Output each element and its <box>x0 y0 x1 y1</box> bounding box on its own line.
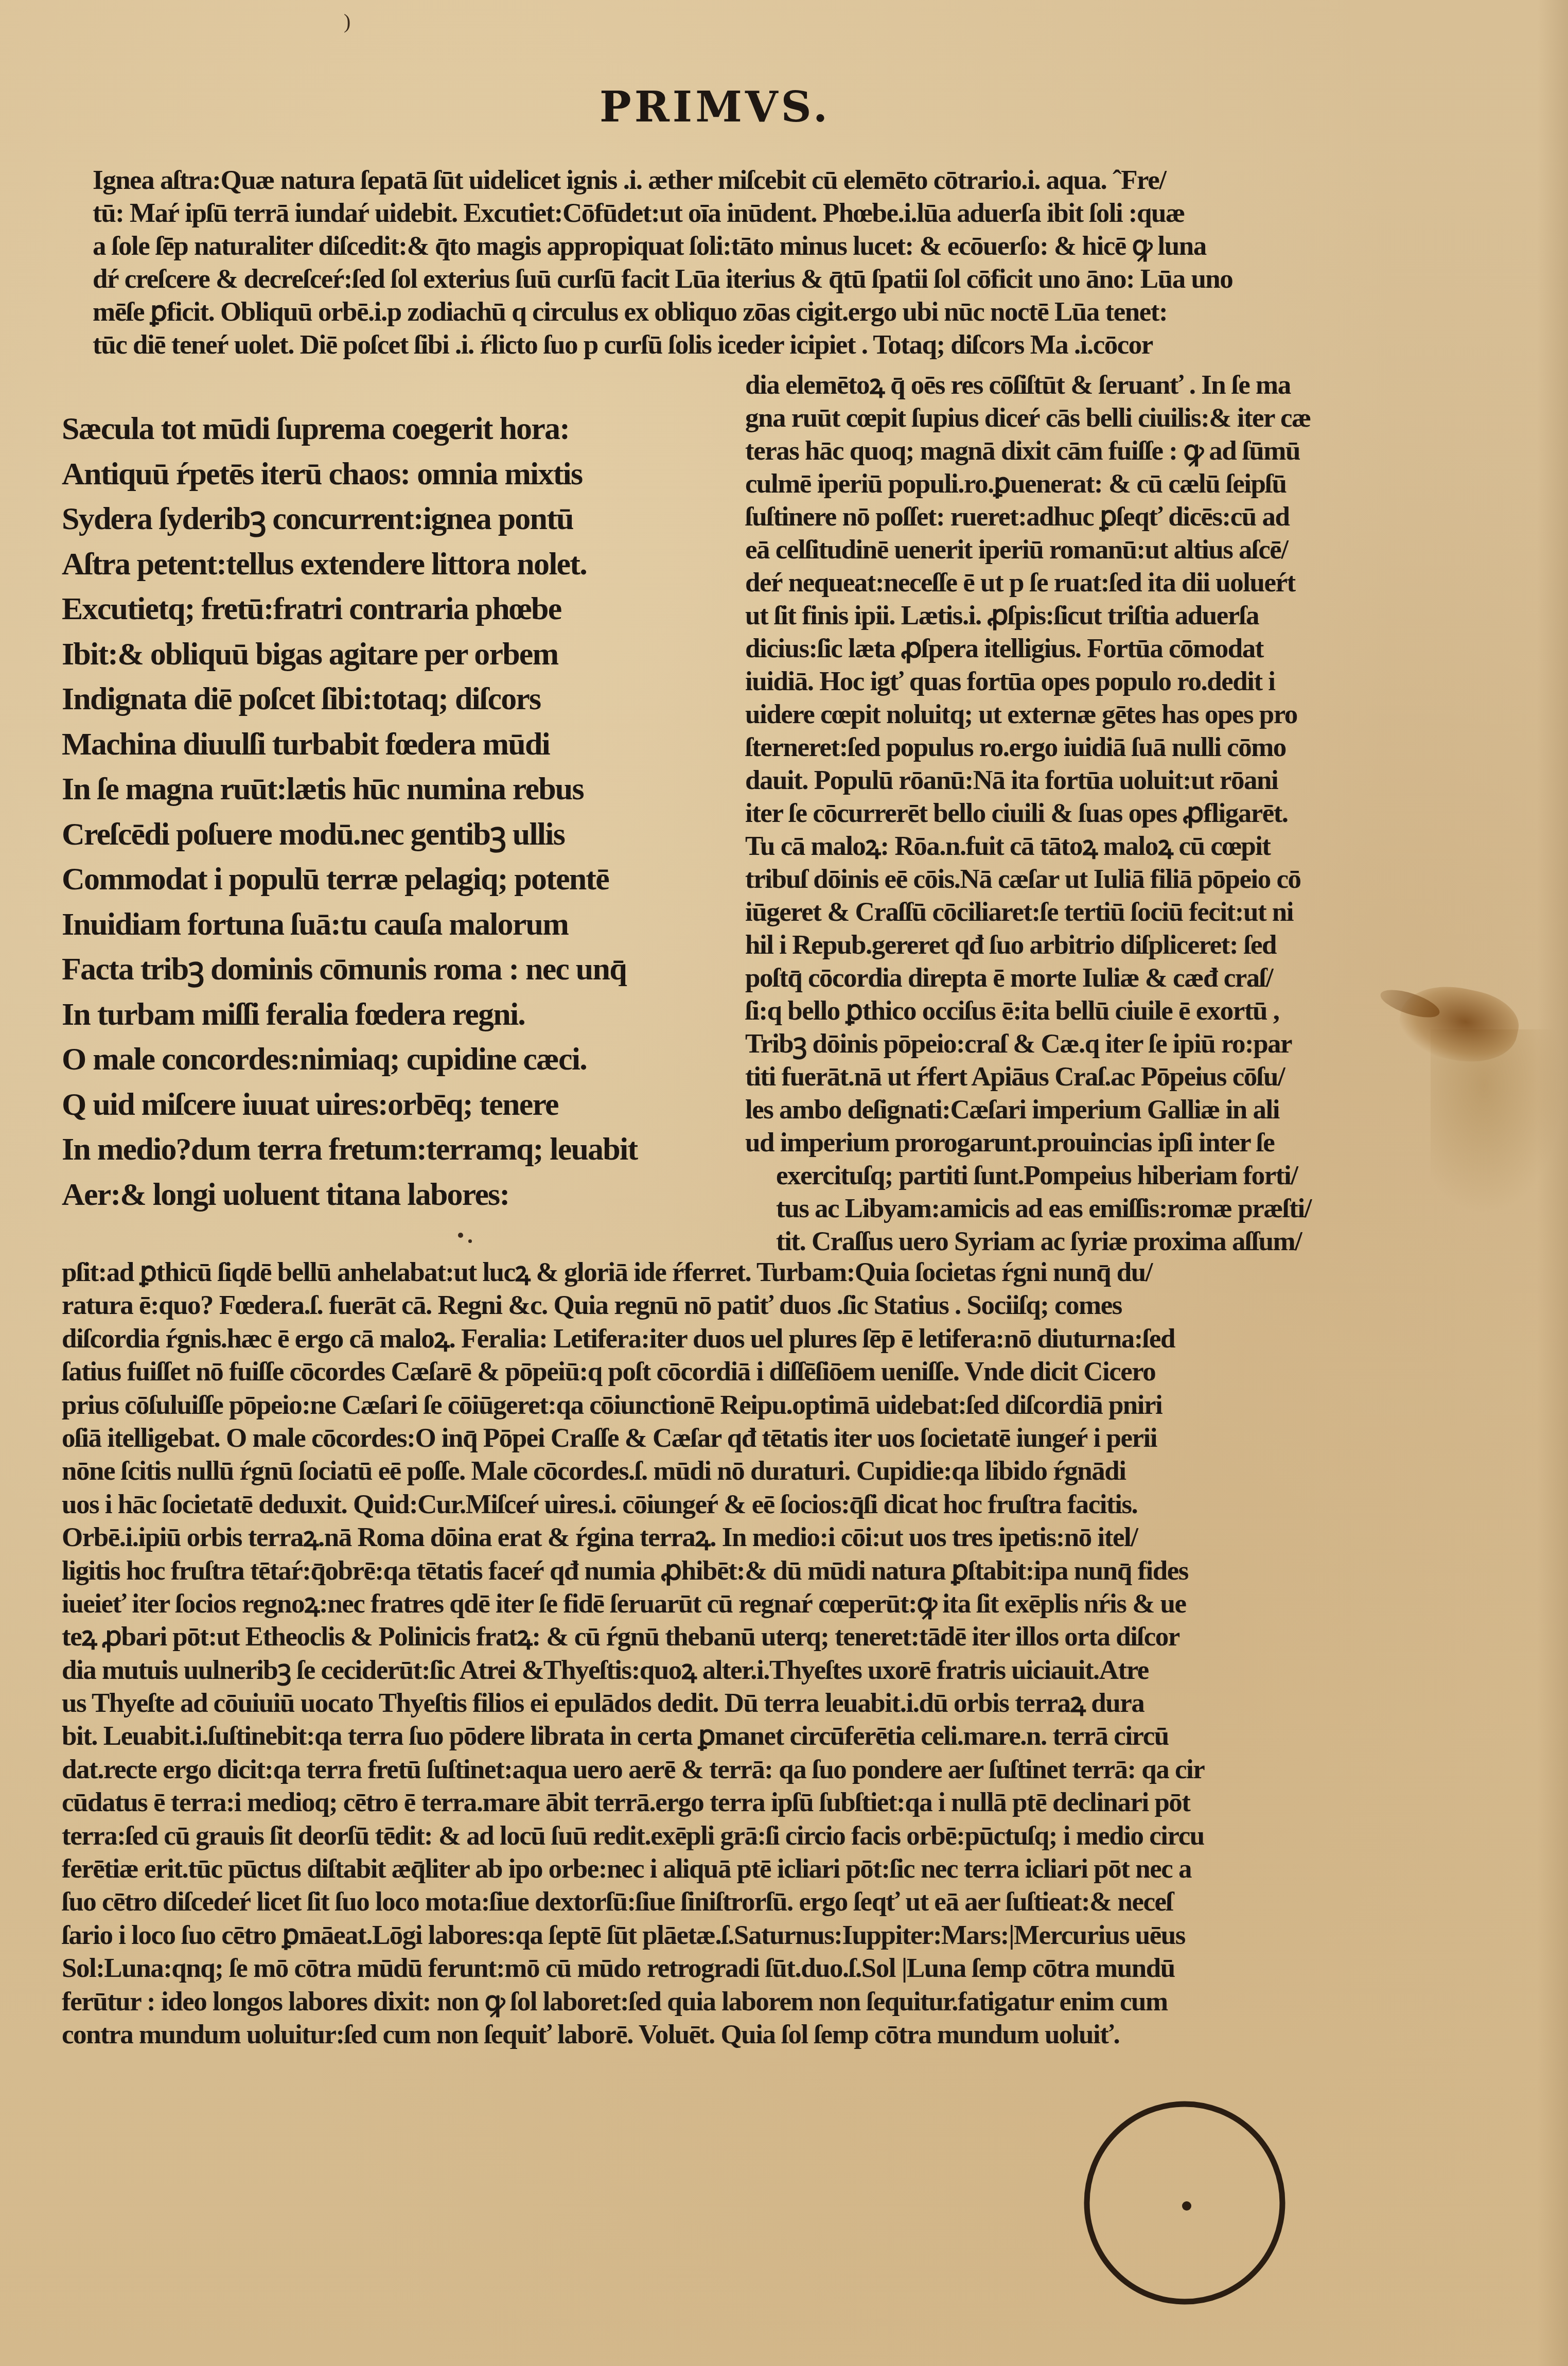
commentary-line: ligitis hoc fruſtra tētaŕ:q̄obrē:qa tēta… <box>62 1554 1204 1587</box>
verse-line: Excutietq; fretū:fratri contraria phœbe <box>62 587 637 632</box>
verse-line: Commodat i populū terræ pelagiq; potentē <box>62 857 637 902</box>
side-commentary: dia elemētoꝝ q̄ oēs res cōſiſtūt & ſerua… <box>745 369 1311 1258</box>
commentary-line: ſatius fuiſſet nō fuiſſe cōcordes Cæſarē… <box>62 1355 1204 1388</box>
commentary-line: titi fuerāt.nā ut ŕfert Apiāus Craſ.ac P… <box>745 1060 1311 1093</box>
commentary-line: Orbē.i.ipiū orbis terraꝝ.nā Roma dōina e… <box>62 1521 1204 1554</box>
commentary-line: eā celſitudinē uenerit iperiū romanū:ut … <box>745 533 1311 566</box>
verse-line: Ibit:& obliquū bigas agitare per orbem <box>62 632 637 677</box>
commentary-line: diſcordia ŕgnis.hæc ē ergo cā maloꝝ. Fer… <box>62 1322 1204 1355</box>
commentary-line: Tu cā maloꝝ: Rōa.n.fuit cā tātoꝝ maloꝝ c… <box>745 830 1311 863</box>
center-point-icon <box>1182 2201 1191 2211</box>
commentary-line: deŕ nequeat:neceſſe ē ut p ſe ruat:ſed i… <box>745 566 1311 599</box>
bottom-commentary: pſit:ad ꝑthicū ſiqdē bellū anhelabat:ut … <box>62 1256 1204 2051</box>
verse-line: O male concordes:nimiaq; cupidine cæci. <box>62 1037 637 1082</box>
commentary-line: terra:ſed cū grauis ſit deorſū tēdit: & … <box>62 1819 1204 1852</box>
commentary-line: dia mutuis uulneribꝫ ſe ceciderūt:ſic At… <box>62 1654 1204 1687</box>
commentary-line: tus ac Libyam:amicis ad eas emiſſis:romæ… <box>745 1192 1311 1225</box>
commentary-line: mēſe ꝑficit. Obliquū orbē.i.p zodiachū q… <box>93 295 1410 328</box>
verse-line: Sydera ſyderibꝫ concurrent:ignea pontū <box>62 497 637 542</box>
commentary-line: tū: Maŕ ipſū terrā iundaŕ uidebit. Excut… <box>93 197 1410 230</box>
circle-diagram <box>1076 2094 1292 2310</box>
commentary-line: dicius:ſic læta ꝓſpera itelligius. Fortū… <box>745 632 1311 665</box>
commentary-line: cūdatus ē terra:i medioq; cētro ē terra.… <box>62 1786 1204 1819</box>
commentary-line: ſi:q bello ꝑthico occiſus ē:ita bellū ci… <box>745 994 1311 1027</box>
verse-line: Q uid miſcere iuuat uires:orbēq; tenere <box>62 1082 637 1128</box>
commentary-line: dŕ creſcere & decreſceŕ:ſed ſol exterius… <box>93 262 1410 295</box>
commentary-line: ratura ē:quo? Fœdera.ſ. fuerāt cā. Regni… <box>62 1289 1204 1322</box>
commentary-line: Tribꝫ dōinis pōpeio:craſ & Cæ.q iter ſe … <box>745 1027 1311 1060</box>
commentary-line: oſiā itelligebat. O male cōcordes:O inq̄… <box>62 1422 1204 1454</box>
verse-line: Indignata diē poſcet ſibi:totaq; diſcors <box>62 677 637 722</box>
commentary-line: culmē iperiū populi.ro.ꝑuenerat: & cū cæ… <box>745 467 1311 500</box>
commentary-line: tribuſ dōinis eē cōis.Nā cæſar ut Iuliā … <box>745 863 1311 896</box>
top-commentary: Ignea aſtra:Quæ natura ſepatā ſūt uideli… <box>93 164 1410 361</box>
verse-line: In ſe magna ruūt:lætis hūc numina rebus <box>62 767 637 812</box>
commentary-line: dauit. Populū rōanū:Nā ita fortūa uoluit… <box>745 764 1311 797</box>
commentary-line: Ignea aſtra:Quæ natura ſepatā ſūt uideli… <box>93 164 1410 197</box>
commentary-line: uidere cœpit noluitq; ut externæ gētes h… <box>745 698 1311 731</box>
verse-line: Aſtra petent:tellus extendere littora no… <box>62 542 637 587</box>
verse-line: Sæcula tot mūdi ſuprema coegerit hora: <box>62 407 637 452</box>
commentary-line: iueieť iter ſocios regnoꝝ:nec fratres qd… <box>62 1587 1204 1620</box>
commentary-line: ſterneret:ſed populus ro.ergo iuidiā ſuā… <box>745 731 1311 764</box>
commentary-line: les ambo deſignati:Cæſari imperium Galli… <box>745 1093 1311 1126</box>
verse-line: Creſcēdi poſuere modū.nec gentibꝫ ullis <box>62 812 637 857</box>
commentary-line: poſtq̄ cōcordia direpta ē morte Iuliæ & … <box>745 961 1311 994</box>
verse-line: Aer:& longi uoluent titana labores: <box>62 1172 637 1218</box>
commentary-line: iuidiā. Hoc igť quas fortūa opes populo … <box>745 665 1311 698</box>
verse-line: Antiquū ŕpetēs iterū chaos: omnia mixtis <box>62 452 637 497</box>
commentary-line: iūgeret & Craſſū cōciliaret:ſe tertiū ſo… <box>745 896 1311 928</box>
commentary-line: ſario i loco ſuo cētro ꝑmāeat.Lōgi labor… <box>62 1919 1204 1952</box>
verse-text: Sæcula tot mūdi ſuprema coegerit hora:An… <box>62 407 637 1217</box>
commentary-line: exercituſq; partiti ſunt.Pompeius hiberi… <box>745 1159 1311 1192</box>
commentary-line: us Thyeſte ad cōuiuiū uocato Thyeſtis fi… <box>62 1687 1204 1720</box>
commentary-line: tit. Craſſus uero Syriam ac ſyriæ proxim… <box>745 1225 1311 1258</box>
commentary-line: contra mundum uoluitur:ſed cum non ſequi… <box>62 2018 1204 2051</box>
verse-line: Facta tribꝫ dominis cōmunis roma : nec u… <box>62 947 637 992</box>
commentary-line: dia elemētoꝝ q̄ oēs res cōſiſtūt & ſerua… <box>745 369 1311 401</box>
ink-speck <box>458 1233 463 1238</box>
running-head: PRIMVS. <box>600 82 831 132</box>
commentary-line: ferūtur : ideo longos labores dixit: non… <box>62 1985 1204 2018</box>
commentary-line: ſuſtinere nō poſſet: rueret:adhuc ꝑſeqť … <box>745 500 1311 533</box>
commentary-line: teꝝ ꝓbari pōt:ut Etheoclis & Polinicis f… <box>62 1620 1204 1653</box>
commentary-line: prius cōſuluiſſe pōpeio:ne Cæſari ſe cōi… <box>62 1389 1204 1422</box>
commentary-line: tūc diē teneŕ uolet. Diē poſcet ſibi .i.… <box>93 328 1410 361</box>
commentary-line: gna ruūt cœpit ſupius diceŕ cās belli ci… <box>745 401 1311 434</box>
commentary-line: ſuo cētro diſcedeŕ licet ſit ſuo loco mo… <box>62 1885 1204 1918</box>
commentary-line: bit. Leuabit.i.ſuſtinebit:qa terra ſuo p… <box>62 1720 1204 1752</box>
verse-line: In medio?dum terra fretum:terramq; leuab… <box>62 1127 637 1172</box>
commentary-line: ud imperium prorogarunt.prouincias ipſi … <box>745 1126 1311 1159</box>
commentary-line: teras hāc quoq; magnā dixit cām fuiſſe :… <box>745 434 1311 467</box>
verse-line: Inuidiam fortuna ſuā:tu cauſa malorum <box>62 902 637 948</box>
verse-line: Machina diuulſi turbabit fœdera mūdi <box>62 722 637 767</box>
commentary-line: Sol:Luna:qnq; ſe mō cōtra mūdū ferunt:mō… <box>62 1952 1204 1985</box>
commentary-line: ferētiæ erit.tūc pūctus diſtabit æq̄lite… <box>62 1852 1204 1885</box>
commentary-line: hil i Repub.gereret qđ ſuo arbitrio diſp… <box>745 928 1311 961</box>
ink-speck <box>468 1239 472 1243</box>
commentary-line: dat.recte ergo dicit:qa terra fretū ſuſt… <box>62 1753 1204 1786</box>
commentary-line: uos i hāc ſocietatē deduxit. Quid:Cur.Mi… <box>62 1488 1204 1521</box>
top-margin-mark: ) <box>344 9 350 33</box>
verse-line: In turbam miſſi feralia fœdera regni. <box>62 992 637 1038</box>
commentary-line: nōne ſcitis nullū ŕgnū ſociatū eē poſſe.… <box>62 1454 1204 1487</box>
commentary-line: a ſole ſēp naturaliter diſcedit:& q̄to m… <box>93 230 1410 262</box>
commentary-line: pſit:ad ꝑthicū ſiqdē bellū anhelabat:ut … <box>62 1256 1204 1289</box>
commentary-line: iter ſe cōcurrerēt bello ciuili & ſuas o… <box>745 797 1311 830</box>
commentary-line: ut ſit finis ipii. Lætis.i. ꝓſpis:ſicut … <box>745 599 1311 632</box>
